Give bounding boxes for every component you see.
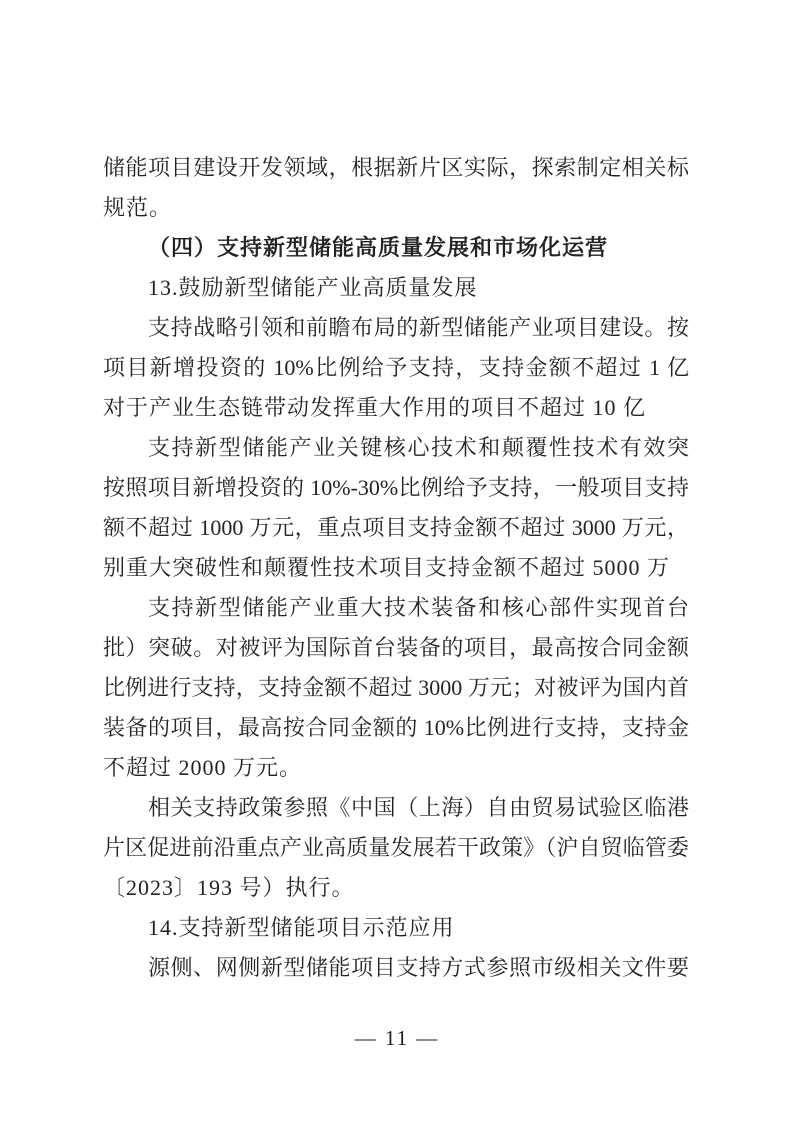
body-line: 规范。 <box>103 188 689 228</box>
section-heading-4: （四）支持新型储能高质量发展和市场化运营 <box>103 228 689 268</box>
body-line: 比例进行支持，支持金额不超过 3000 万元；对被评为国内首台 <box>103 668 689 708</box>
body-line: 片区促进前沿重点产业高质量发展若干政策》（沪自贸临管委 <box>103 828 689 868</box>
item-heading-13: 13.鼓励新型储能产业高质量发展 <box>103 268 689 308</box>
body-line: 源侧、网侧新型储能项目支持方式参照市级相关文件要求 <box>103 948 689 988</box>
body-line: 对于产业生态链带动发挥重大作用的项目不超过 10 亿元。 <box>103 388 689 428</box>
body-line: 〔2023〕193 号）执行。 <box>103 868 689 908</box>
page-number: — 11 — <box>0 1026 794 1051</box>
body-line: 支持战略引领和前瞻布局的新型储能产业项目建设。按照 <box>103 308 689 348</box>
text-block: 储能项目建设开发领域，根据新片区实际，探索制定相关标准 规范。 （四）支持新型储… <box>103 148 689 988</box>
body-line: 不超过 2000 万元。 <box>103 748 689 788</box>
item-heading-14: 14.支持新型储能项目示范应用 <box>103 908 689 948</box>
body-line: 批）突破。对被评为国际首台装备的项目，最高按合同金额的 20% <box>103 628 689 668</box>
document-page: 储能项目建设开发领域，根据新片区实际，探索制定相关标准 规范。 （四）支持新型储… <box>0 0 794 1123</box>
body-line: 装备的项目，最高按合同金额的 10%比例进行支持，支持金额 <box>103 708 689 748</box>
body-line: 支持新型储能产业重大技术装备和核心部件实现首台（套、 <box>103 588 689 628</box>
body-line: 额不超过 1000 万元，重点项目支持金额不超过 3000 万元，特 <box>103 508 689 548</box>
body-line: 支持新型储能产业关键核心技术和颠覆性技术有效突破。 <box>103 428 689 468</box>
body-line: 储能项目建设开发领域，根据新片区实际，探索制定相关标准 <box>103 148 689 188</box>
body-line: 项目新增投资的 10%比例给予支持，支持金额不超过 1 亿元。 <box>103 348 689 388</box>
body-line: 别重大突破性和颠覆性技术项目支持金额不超过 5000 万元。 <box>103 548 689 588</box>
body-line: 按照项目新增投资的 10%-30%比例给予支持，一般项目支持金 <box>103 468 689 508</box>
body-line: 相关支持政策参照《中国（上海）自由贸易试验区临港新 <box>103 788 689 828</box>
